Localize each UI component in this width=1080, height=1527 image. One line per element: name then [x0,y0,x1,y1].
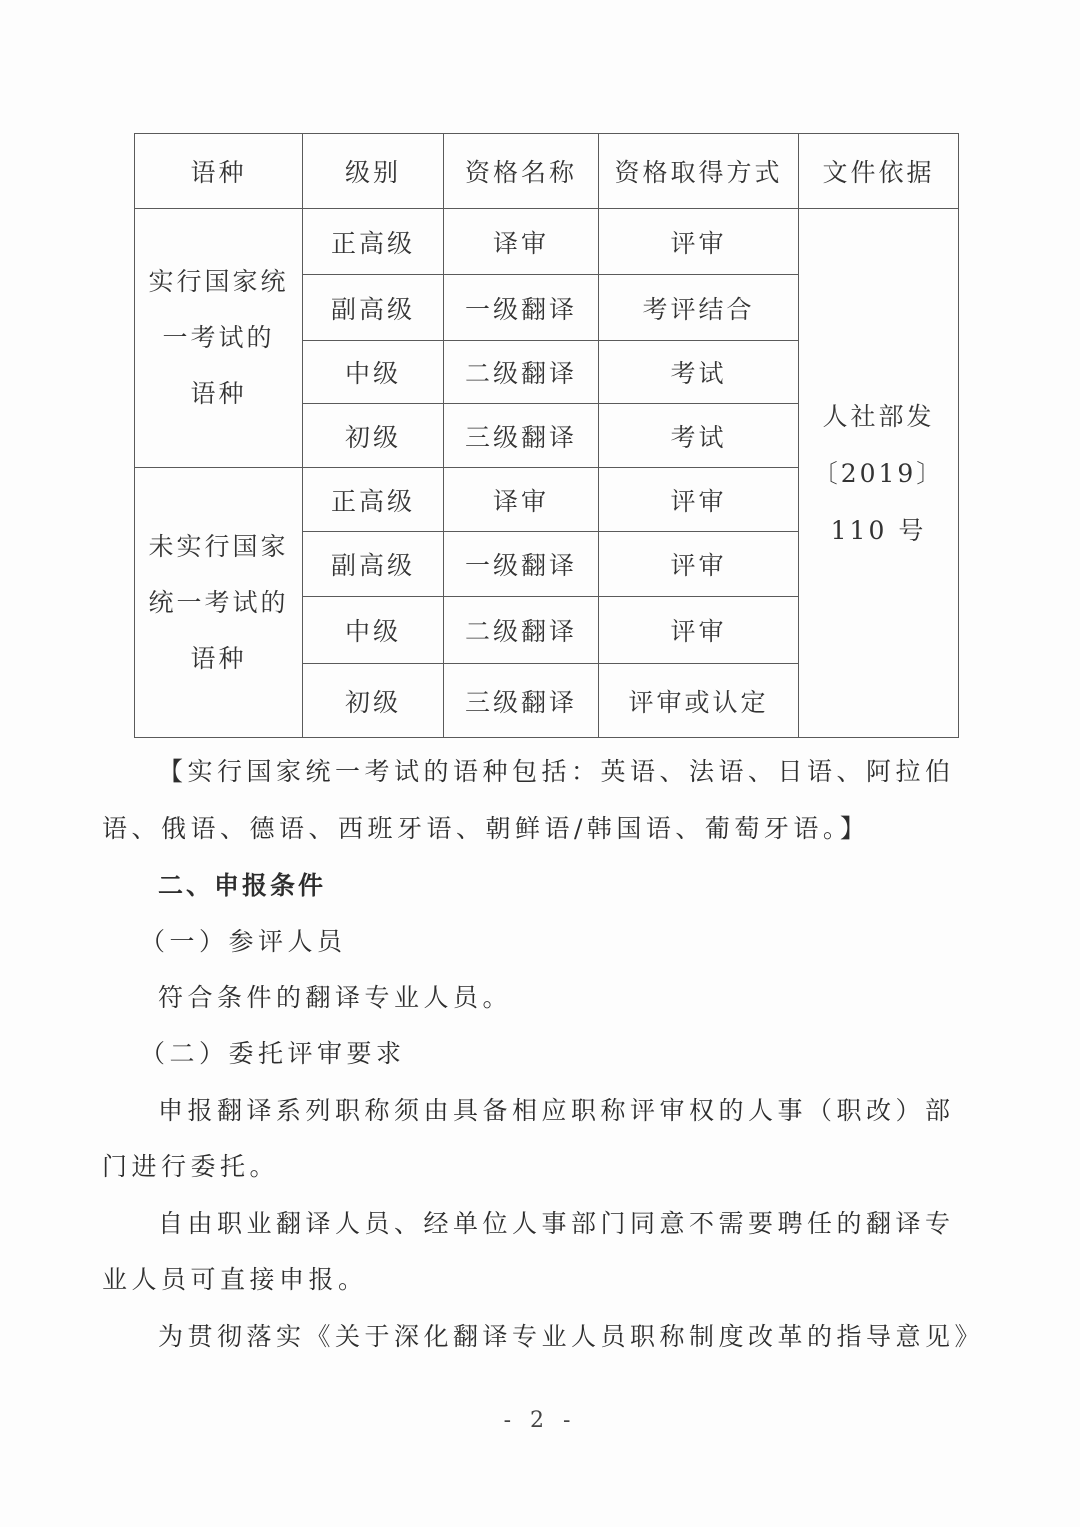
entrusted-review-para-2-line-1: 自由职业翻译人员、经单位人事部门同意不需要聘任的翻译专 [158,1204,955,1240]
level-cell: 正高级 [303,209,444,275]
implementation-para-line-1: 为贯彻落实《关于深化翻译专业人员职称制度改革的指导意见》 [158,1317,984,1353]
method-cell: 评审 [599,468,799,532]
method-cell: 考评结合 [599,275,799,341]
level-cell: 初级 [303,404,444,468]
table-row: 实行国家统 一考试的 语种 正高级 译审 评审 人社部发 〔2019〕 110 … [135,209,959,275]
title-cell: 一级翻译 [444,275,599,341]
level-cell: 副高级 [303,275,444,341]
method-cell: 评审 [599,209,799,275]
document-page: 语种 级别 资格名称 资格取得方式 文件依据 实行国家统 一考试的 语种 正高级… [0,0,1080,1527]
entrusted-review-para-1-line-2: 门进行委托。 [102,1147,279,1183]
qualification-table: 语种 级别 资格名称 资格取得方式 文件依据 实行国家统 一考试的 语种 正高级… [134,133,959,738]
level-cell: 初级 [303,664,444,738]
method-cell: 考试 [599,341,799,404]
title-cell: 二级翻译 [444,341,599,404]
method-cell: 评审 [599,532,799,597]
subsection-heading-entrusted-review: （二）委托评审要求 [140,1034,406,1070]
title-cell: 二级翻译 [444,597,599,664]
method-cell: 考试 [599,404,799,468]
level-cell: 副高级 [303,532,444,597]
level-cell: 中级 [303,341,444,404]
header-level: 级别 [303,134,444,209]
header-basis: 文件依据 [799,134,959,209]
header-method: 资格取得方式 [599,134,799,209]
entrusted-review-para-1-line-1: 申报翻译系列职称须由具备相应职称评审权的人事（职改）部 [158,1091,955,1127]
method-cell: 评审 [599,597,799,664]
table-header-row: 语种 级别 资格名称 资格取得方式 文件依据 [135,134,959,209]
entrusted-review-para-2-line-2: 业人员可直接申报。 [102,1260,368,1296]
section-heading-application-conditions: 二、申报条件 [158,866,326,902]
title-cell: 译审 [444,209,599,275]
header-title: 资格名称 [444,134,599,209]
document-basis-cell: 人社部发 〔2019〕 110 号 [799,209,959,738]
level-cell: 中级 [303,597,444,664]
language-type-cell: 未实行国家 统一考试的 语种 [135,468,303,738]
title-cell: 译审 [444,468,599,532]
header-language: 语种 [135,134,303,209]
language-type-cell: 实行国家统 一考试的 语种 [135,209,303,468]
method-cell: 评审或认定 [599,664,799,738]
language-note-line-1: 【实行国家统一考试的语种包括：英语、法语、日语、阿拉伯 [158,752,955,788]
title-cell: 三级翻译 [444,664,599,738]
language-note-line-2: 语、俄语、德语、西班牙语、朝鲜语/韩国语、葡萄牙语。】 [102,809,869,845]
title-cell: 三级翻译 [444,404,599,468]
subsection-heading-participants: （一）参评人员 [140,922,347,958]
title-cell: 一级翻译 [444,532,599,597]
participants-text: 符合条件的翻译专业人员。 [158,978,512,1014]
page-number: - 2 - [0,1408,1080,1433]
level-cell: 正高级 [303,468,444,532]
